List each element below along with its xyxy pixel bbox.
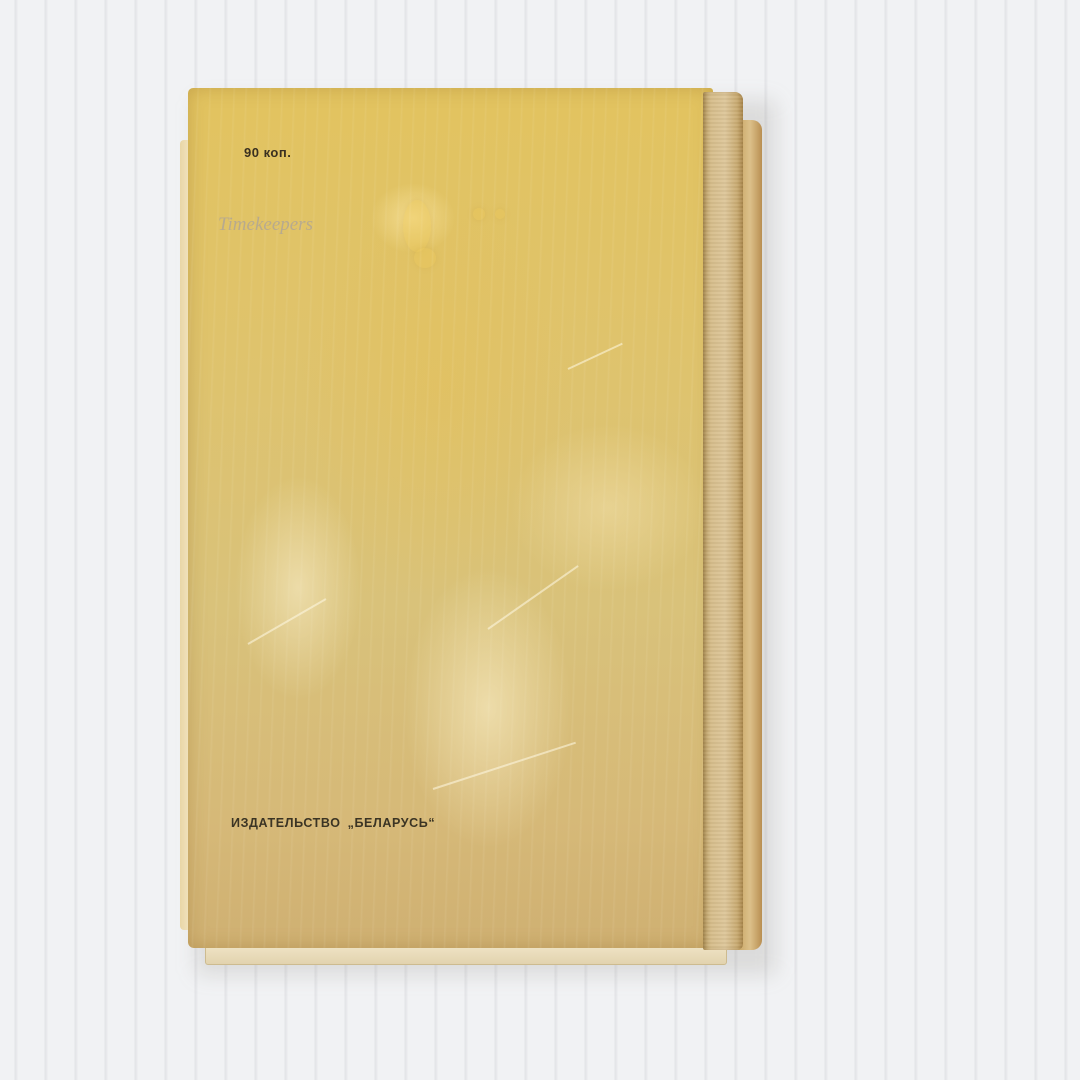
water-stain: [473, 208, 485, 220]
publisher-label: ИЗДАТЕЛЬСТВО „БЕЛАРУСЬ“: [231, 816, 435, 830]
water-stain: [414, 248, 436, 268]
scratch-mark: [487, 565, 578, 630]
water-stain: [495, 209, 505, 219]
page-block-bottom-edge: [205, 945, 727, 965]
scratch-mark: [248, 598, 327, 645]
price-label: 90 коп.: [244, 145, 291, 160]
water-stain: [403, 200, 431, 252]
scratch-mark: [433, 742, 576, 790]
book-spine-cloth: [703, 92, 743, 950]
scratch-mark: [568, 343, 623, 370]
watermark: Timekeepers: [218, 214, 313, 236]
